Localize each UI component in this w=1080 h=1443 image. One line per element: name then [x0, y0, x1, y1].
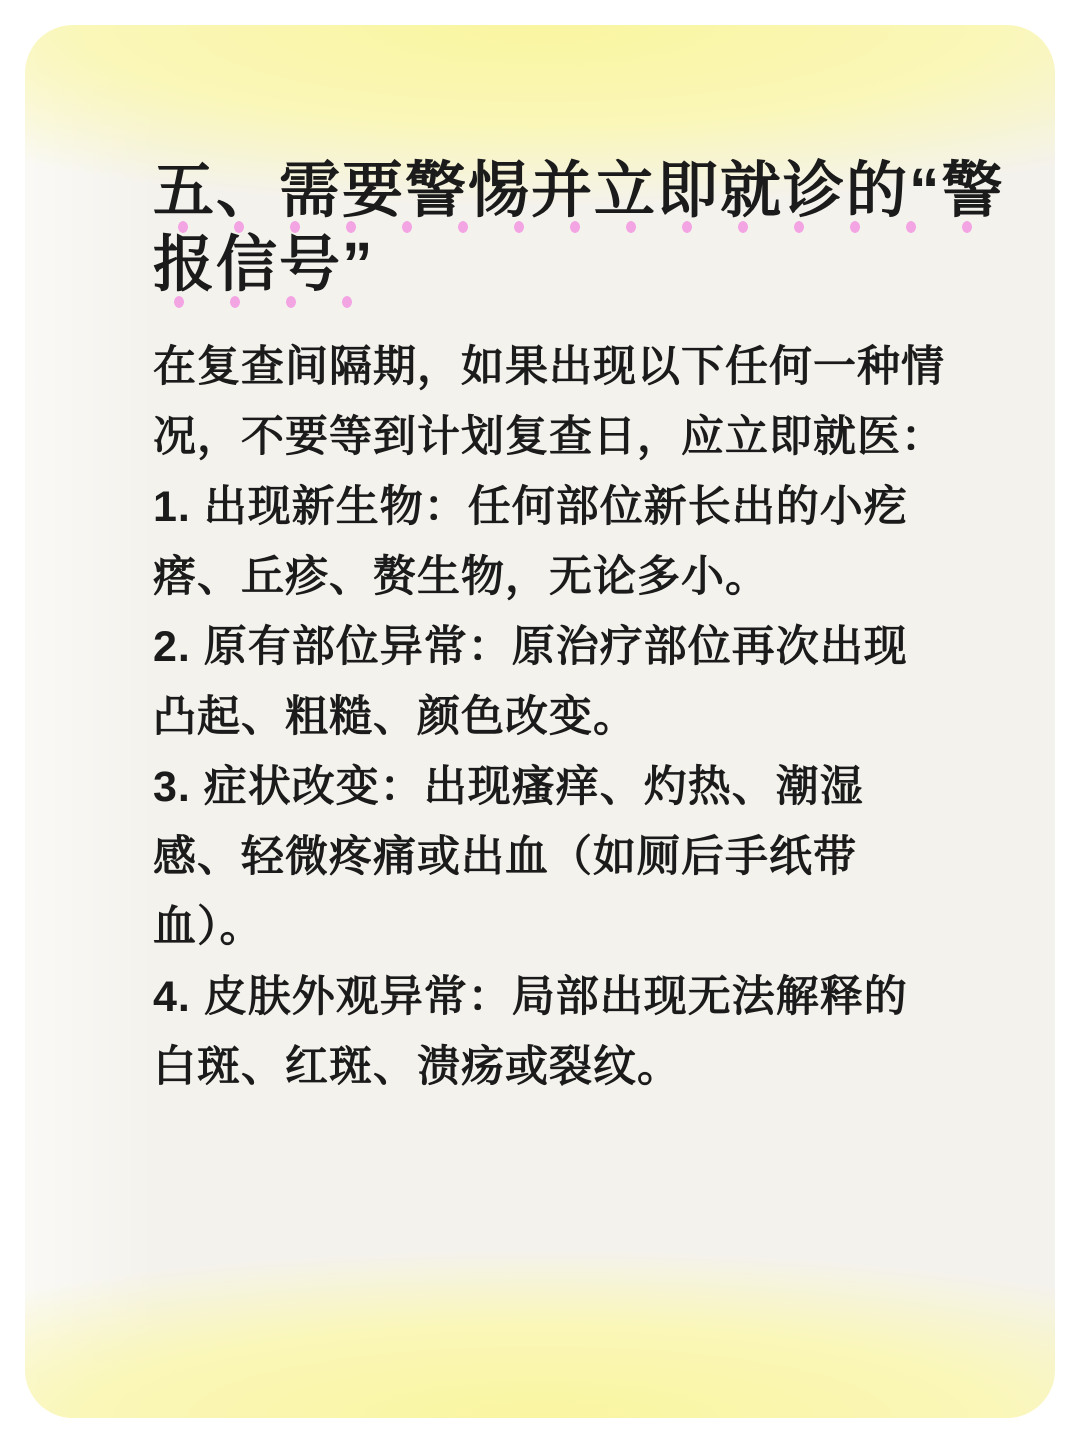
section-title-line-2: 报信号” [153, 227, 375, 301]
warning-item-1: 1. 出现新生物：任何部位新长出的小疙瘩、丘疹、赘生物，无论多小。 [153, 472, 947, 612]
warning-item-4: 4. 皮肤外观异常：局部出现无法解释的白斑、红斑、溃疡或裂纹。 [153, 962, 947, 1102]
intro-paragraph: 在复查间隔期，如果出现以下任何一种情况，不要等到计划复查日，应立即就医： [153, 332, 947, 472]
warning-signals-text: 在复查间隔期，如果出现以下任何一种情况，不要等到计划复查日，应立即就医： 1. … [153, 332, 947, 1102]
content-card: 五、需要警惕并立即就诊的“警 报信号” 在复查间隔期，如果出现以下任何一种情况，… [25, 25, 1055, 1418]
warning-item-2: 2. 原有部位异常：原治疗部位再次出现凸起、粗糙、颜色改变。 [153, 612, 947, 752]
section-title-line-1: 五、需要警惕并立即就诊的“警 [153, 153, 1005, 227]
page-background: 五、需要警惕并立即就诊的“警 报信号” 在复查间隔期，如果出现以下任何一种情况，… [0, 0, 1080, 1443]
section-title: 五、需要警惕并立即就诊的“警 报信号” [153, 153, 947, 302]
warning-item-3: 3. 症状改变：出现瘙痒、灼热、潮湿感、轻微疼痛或出血（如厕后手纸带血）。 [153, 752, 947, 962]
